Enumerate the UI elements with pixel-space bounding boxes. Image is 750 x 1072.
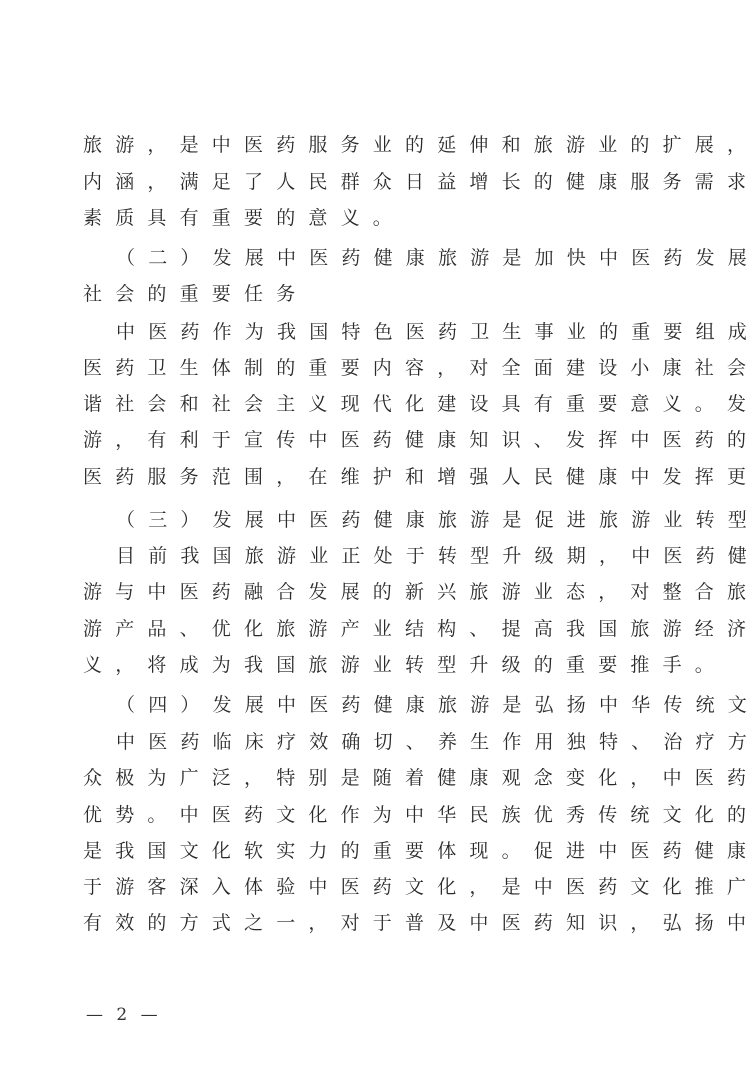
section-heading-4: （四）发展中医药健康旅游是弘扬中华传统文化的重要载体: [116, 693, 667, 717]
body-text-line: 旅游，是中医药服务业的延伸和旅游业的扩展，体现了生态健康的: [83, 133, 667, 157]
section-heading-3: （三）发展中医药健康旅游是促进旅游业转型升级的重要推手: [116, 508, 667, 532]
body-text-line: 医药卫生体制的重要内容，对全面建设小康社会、构建社会主义和: [83, 356, 667, 380]
body-text-line: 游产品、优化旅游产业结构、提高我国旅游经济效益具有重要意: [83, 617, 667, 641]
body-text-line: 游与中医药融合发展的新兴旅游业态，对整合旅游资源、丰富旅: [83, 580, 667, 604]
section-heading-2-cont: 社会的重要任务: [83, 282, 667, 306]
body-text-line: 医药服务范围，在维护和增强人民健康中发挥更大作用。: [83, 465, 667, 489]
page-number: — 2 —: [86, 1004, 162, 1026]
body-text-line: 游，有利于宣传中医药健康知识、发挥中医药的特色优势，扩大中: [83, 428, 667, 452]
section-heading-2: （二）发展中医药健康旅游是加快中医药发展和全面建成小康: [116, 246, 667, 270]
body-text-line: 义，将成为我国旅游业转型升级的重要推手。: [83, 653, 667, 677]
body-text-line: 优势。中医药文化作为中华民族优秀传统文化的重要组成部分，: [83, 803, 667, 827]
body-text-line: 众极为广泛，特别是随着健康观念变化，中医药越来越显示出独特: [83, 766, 667, 790]
body-text-line: 于游客深入体验中医药文化，是中医药文化推广与资源展示的最: [83, 875, 667, 899]
body-text-line: 有效的方式之一，对于普及中医药知识，弘扬中华传统文化具有重: [83, 911, 667, 935]
body-text-line: 中医药临床疗效确切、养生作用独特、治疗方式灵活，消费群: [116, 730, 667, 754]
document-page: 旅游，是中医药服务业的延伸和旅游业的扩展，体现了生态健康的 内涵，满足了人民群众…: [0, 0, 750, 1072]
body-text-line: 内涵，满足了人民群众日益增长的健康服务需求，对提升全民健康: [83, 170, 667, 194]
body-text-line: 是我国文化软实力的重要体现。促进中医药健康旅游发展，有利: [83, 839, 667, 863]
body-text-line: 素质具有重要的意义。: [83, 206, 667, 230]
body-text-line: 目前我国旅游业正处于转型升级期，中医药健康旅游作为旅: [116, 544, 667, 568]
body-text-line: 中医药作为我国特色医药卫生事业的重要组成部分，是深化: [116, 320, 667, 344]
body-text-line: 谐社会和社会主义现代化建设具有重要意义。发展中医药健康旅: [83, 392, 667, 416]
